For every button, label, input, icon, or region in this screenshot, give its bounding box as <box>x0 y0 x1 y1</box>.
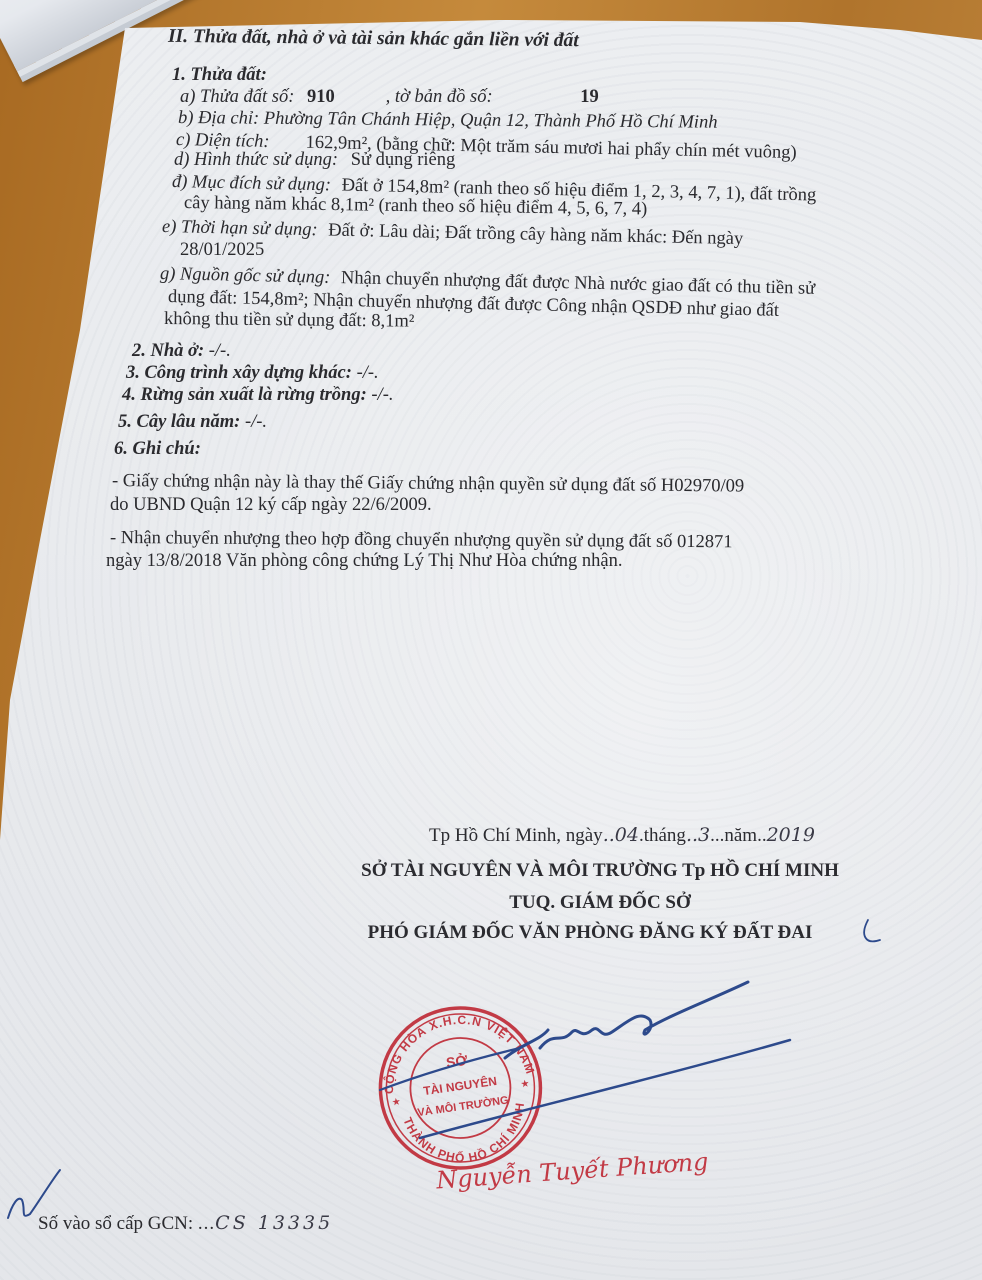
registry-number: CS 13335 <box>215 1212 333 1234</box>
seal-center-line-2: TÀI NGUYÊN <box>422 1073 497 1098</box>
signing-day: 04 <box>615 824 639 846</box>
usage-origin-value-3: không thu tiền sử dụng đất: 8,1m² <box>164 308 415 333</box>
address-value: Phường Tân Chánh Hiệp, Quận 12, Thành Ph… <box>264 109 718 133</box>
certificate-content: II. Thửa đất, nhà ở và tài sản khác gắn … <box>0 0 982 1280</box>
usage-term-value-1: Đất ở: Lâu dài; Đất trồng cây hàng năm k… <box>328 220 743 249</box>
note-line-2: do UBND Quận 12 ký cấp ngày 22/6/2009. <box>110 494 432 516</box>
signer-title: PHÓ GIÁM ĐỐC VĂN PHÒNG ĐĂNG KÝ ĐẤT ĐAI <box>290 922 890 944</box>
svg-text:★: ★ <box>391 1096 401 1108</box>
seal-center-line-3: VÀ MÔI TRƯỜNG <box>417 1093 510 1119</box>
official-seal: CỘNG HÒA X.H.C.N VIỆT NAM THÀNH PHỐ HỒ C… <box>370 1000 550 1170</box>
item-production-forest-label: 4. Rừng sản xuất là rừng trồng: <box>122 385 367 405</box>
authorization-line: TUQ. GIÁM ĐỐC SỞ <box>300 892 900 914</box>
seal-center-line-1: SỞ <box>445 1051 468 1071</box>
item-notes: 6. Ghi chú: <box>114 438 201 460</box>
usage-origin-label: g) Nguồn gốc sử dụng: <box>160 264 331 288</box>
svg-text:★: ★ <box>520 1078 530 1090</box>
item-other-construction: 3. Công trình xây dựng khác: -/-. <box>126 362 379 384</box>
address-row: b) Địa chỉ: Phường Tân Chánh Hiệp, Quận … <box>178 107 718 134</box>
parcel-row: a) Thửa đất số: 910 , tờ bản đồ số: 19 <box>180 86 599 108</box>
usage-form-value: Sử dụng riêng <box>351 150 456 170</box>
usage-term-value-2: 28/01/2025 <box>180 239 264 261</box>
registry-label: Số vào sổ cấp GCN: <box>38 1213 193 1234</box>
item-production-forest-value: -/-. <box>371 385 393 405</box>
map-sheet-label: , tờ bản đồ số: <box>386 86 576 108</box>
item-house: 2. Nhà ở: -/-. <box>132 340 231 362</box>
parcel-number: 910 <box>307 86 381 108</box>
signing-block: Tp Hồ Chí Minh, ngày..04.tháng..3...năm.… <box>362 824 882 847</box>
signing-year: 2019 <box>767 824 815 846</box>
section-title: II. Thửa đất, nhà ở và tài sản khác gắn … <box>168 26 579 52</box>
usage-term-label: e) Thời hạn sử dụng: <box>162 217 318 240</box>
registry-row: Số vào sổ cấp GCN: ...CS 13335 <box>38 1212 333 1235</box>
usage-form-row: d) Hình thức sử dụng: Sử dụng riêng <box>174 149 455 171</box>
item-production-forest: 4. Rừng sản xuất là rừng trồng: -/-. <box>122 384 393 406</box>
item-perennial-trees: 5. Cây lâu năm: -/-. <box>118 411 267 433</box>
item-perennial-trees-value: -/-. <box>245 412 267 432</box>
parcel-label: a) Thửa đất số: <box>180 87 294 107</box>
signing-place: Tp Hồ Chí Minh, ngày <box>429 825 603 846</box>
item-house-label: 2. Nhà ở: <box>132 341 204 361</box>
item-other-construction-value: -/-. <box>357 363 379 383</box>
issuing-authority: SỞ TÀI NGUYÊN VÀ MÔI TRƯỜNG Tp HỒ CHÍ MI… <box>300 860 900 882</box>
land-heading: 1. Thửa đất: <box>172 64 267 86</box>
item-perennial-trees-label: 5. Cây lâu năm: <box>118 412 240 432</box>
note-line-4: ngày 13/8/2018 Văn phòng công chứng Lý T… <box>106 550 623 572</box>
item-other-construction-label: 3. Công trình xây dựng khác: <box>126 363 352 383</box>
item-house-value: -/-. <box>209 341 231 361</box>
signing-month: 3 <box>698 824 710 846</box>
signing-month-label: tháng <box>644 825 686 846</box>
usage-form-label: d) Hình thức sử dụng: <box>174 150 338 170</box>
item-notes-label: 6. Ghi chú: <box>114 439 201 459</box>
signing-date: Tp Hồ Chí Minh, ngày..04.tháng..3...năm.… <box>362 824 882 847</box>
address-label: b) Địa chỉ: <box>178 108 259 129</box>
signing-year-label: năm <box>724 825 757 846</box>
map-sheet-number: 19 <box>580 87 599 107</box>
